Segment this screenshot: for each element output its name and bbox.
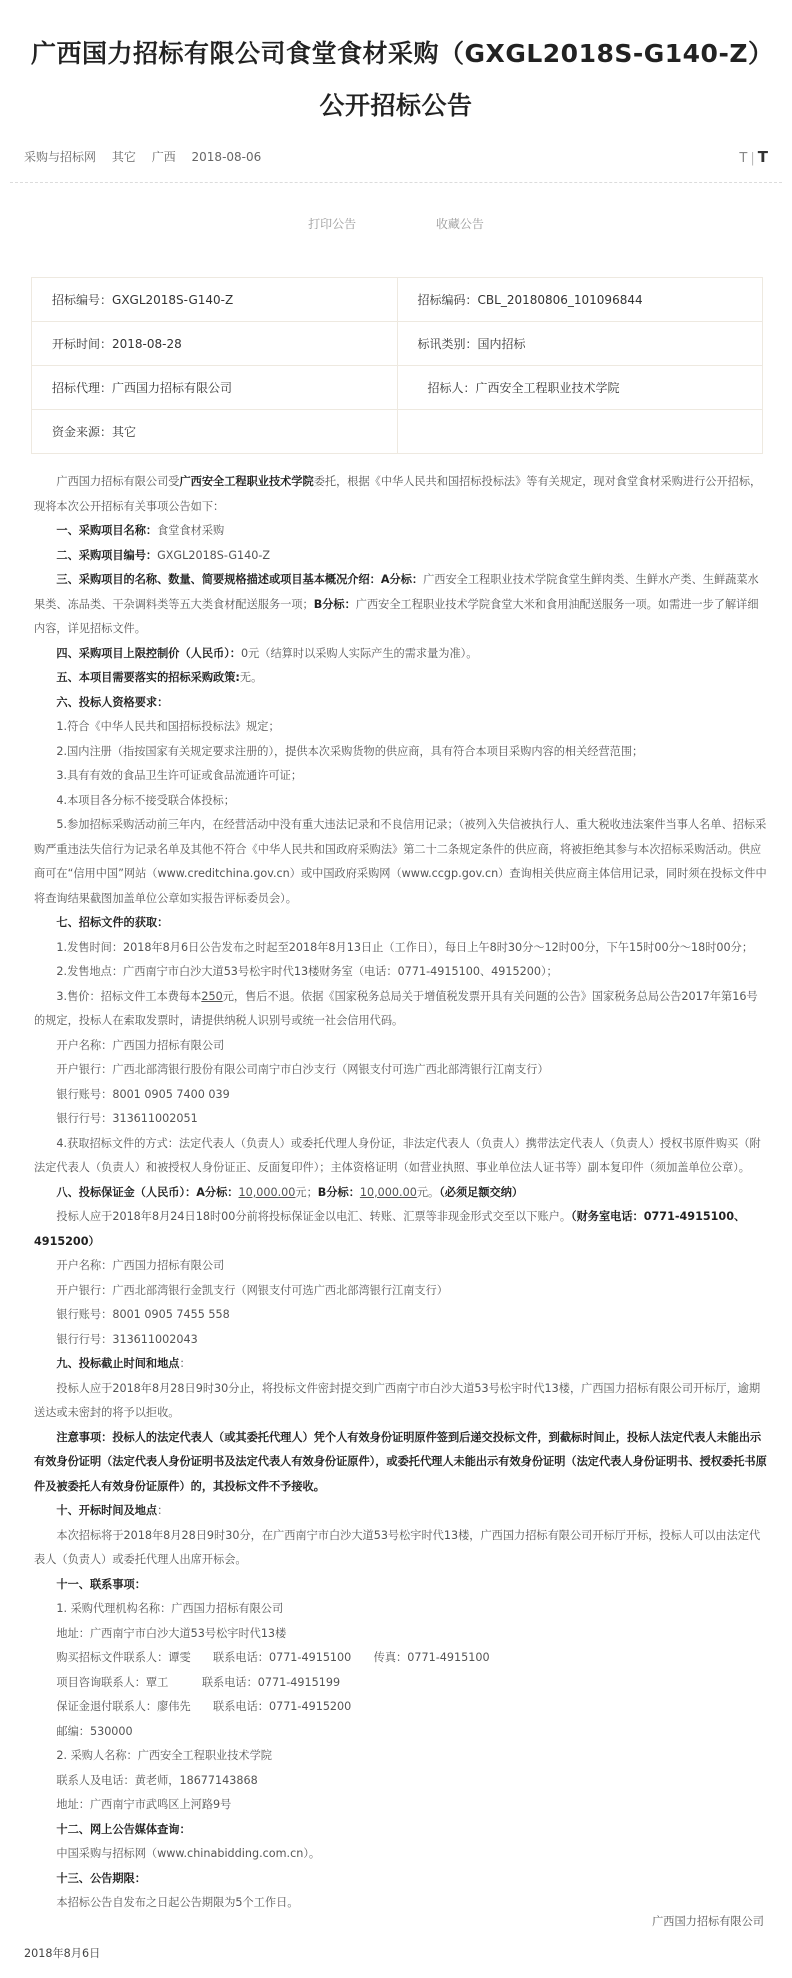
lot-b-label: B分标： <box>318 1186 360 1199</box>
section-13: 十三、公告期限： <box>34 1867 768 1892</box>
lot-b-label: B分标： <box>314 598 356 611</box>
section-value: 食堂食材采购 <box>157 524 224 537</box>
table-row: 招标编号：GXGL2018S-G140-Z 招标编码：CBL_20180806_… <box>32 278 763 322</box>
section-7: 七、招标文件的获取： <box>34 911 768 936</box>
type-cell: 标讯类别：国内招标 <box>397 322 763 366</box>
bid-code-cell: 招标编码：CBL_20180806_101096844 <box>397 278 763 322</box>
account-number: 银行账号：8001 0905 7455 558 <box>34 1303 768 1328</box>
contact-line: 保证金退付联系人：廖伟先 联系电话：0771-4915200 <box>34 1695 768 1720</box>
table-row: 招标代理：广西国力招标有限公司 招标人：广西安全工程职业技术学院 <box>32 366 763 410</box>
intro-tenderee: 广西安全工程职业技术学院 <box>179 475 313 488</box>
bid-code-label: 招标编码： <box>418 293 478 307</box>
section-heading: 十二、网上公告媒体查询： <box>56 1823 190 1836</box>
section-3: 三、采购项目的名称、数量、简要规格描述或项目基本概况介绍：A分标：广西安全工程职… <box>34 568 768 642</box>
fund-value: 其它 <box>112 425 136 439</box>
favorite-button[interactable]: 收藏公告 <box>436 215 484 232</box>
section-heading: 三、采购项目的名称、数量、简要规格描述或项目基本概况介绍： <box>56 573 380 586</box>
list-item: 4.获取招标文件的方式：法定代表人（负责人）或委托代理人身份证，非法定代表人（负… <box>34 1132 768 1181</box>
empty-cell <box>397 410 763 454</box>
lot-a-label: A分标： <box>381 573 423 586</box>
account-bank: 开户银行：广西北部湾银行金凯支行（网银支付可选广西北部湾银行江南支行） <box>34 1279 768 1304</box>
contact-line: 邮编：530000 <box>34 1720 768 1745</box>
type-label: 标讯类别： <box>418 337 478 351</box>
fund-cell: 资金来源：其它 <box>32 410 398 454</box>
list-item: 1.符合《中华人民共和国招标投标法》规定； <box>34 715 768 740</box>
font-size-switcher: T|T <box>739 148 768 166</box>
font-small-button[interactable]: T <box>739 151 747 166</box>
lot-b-deposit: 10,000.00 <box>360 1186 417 1199</box>
font-size-divider: | <box>750 151 754 166</box>
print-button[interactable]: 打印公告 <box>308 215 356 232</box>
agent-label: 招标代理： <box>52 381 112 395</box>
meta-category: 其它 <box>112 150 136 164</box>
section-value: 0元（结算时以采购人实际产生的需求量为准）。 <box>241 647 477 660</box>
section-heading: 四、采购项目上限控制价（人民币）： <box>56 647 241 660</box>
tenderee-value: 广西安全工程职业技术学院 <box>476 381 620 395</box>
agent-cell: 招标代理：广西国力招标有限公司 <box>32 366 398 410</box>
section-8: 八、投标保证金（人民币）：A分标：10,000.00元；B分标：10,000.0… <box>34 1181 768 1206</box>
fund-label: 资金来源： <box>52 425 112 439</box>
list-item: 4.本项目各分标不接受联合体投标； <box>34 789 768 814</box>
article-actions: 打印公告 收藏公告 <box>0 215 792 232</box>
type-value: 国内招标 <box>478 337 526 351</box>
intro-text: 广西国力招标有限公司受 <box>56 475 179 488</box>
media-text: 中国采购与招标网（www.chinabidding.com.cn）。 <box>34 1842 768 1867</box>
account-bank: 开户银行：广西北部湾银行股份有限公司南宁市白沙支行（网银支付可选广西北部湾银行江… <box>34 1058 768 1083</box>
price-prefix: 3.售价：招标文件工本费每本 <box>56 990 201 1003</box>
contact-line: 地址：广西南宁市武鸣区上河路9号 <box>34 1793 768 1818</box>
notice-bold: 注意事项：投标人的法定代表人（或其委托代理人）凭个人有效身份证明原件签到后递交投… <box>34 1431 767 1493</box>
account-number: 银行账号：8001 0905 7400 039 <box>34 1083 768 1108</box>
lot-a-label: A分标： <box>196 1186 238 1199</box>
article-body: 广西国力招标有限公司受广西安全工程职业技术学院委托，根据《中华人民共和国招标投标… <box>34 470 768 1916</box>
section-heading: 五、本项目需要落实的招标采购政策: <box>56 671 239 684</box>
section-1: 一、采购项目名称：食堂食材采购 <box>34 519 768 544</box>
opening-text: 本次招标将于2018年8月28日9时30分，在广西南宁市白沙大道53号松宇时代1… <box>34 1524 768 1573</box>
section-heading: 二、采购项目编号： <box>56 549 157 562</box>
section-5: 五、本项目需要落实的招标采购政策:无。 <box>34 666 768 691</box>
unit: 元； <box>295 1186 317 1199</box>
info-table: 招标编号：GXGL2018S-G140-Z 招标编码：CBL_20180806_… <box>31 277 763 454</box>
period-text: 本招标公告自发布之日起公告期限为5个工作日。 <box>34 1891 768 1916</box>
section-12: 十二、网上公告媒体查询： <box>34 1818 768 1843</box>
deposit-note: （必须足额交纳） <box>439 1186 523 1199</box>
section-heading: 六、投标人资格要求： <box>56 696 168 709</box>
meta-date: 2018-08-06 <box>192 150 262 164</box>
list-item: 2.国内注册（指按国家有关规定要求注册的），提供本次采购货物的供应商，具有符合本… <box>34 740 768 765</box>
bid-code-value: CBL_20180806_101096844 <box>478 293 643 307</box>
table-row: 开标时间：2018-08-28 标讯类别：国内招标 <box>32 322 763 366</box>
section-heading: 十三、公告期限： <box>56 1872 146 1885</box>
lot-a-deposit: 10,000.00 <box>238 1186 295 1199</box>
list-item: 2.发售地点：广西南宁市白沙大道53号松宇时代13楼财务室（电话：0771-49… <box>34 960 768 985</box>
divider <box>10 182 782 183</box>
sign-date: 2018年8月6日 <box>24 1945 100 1961</box>
meta-region: 广西 <box>152 150 176 164</box>
section-heading: 十、开标时间及地点 <box>56 1504 157 1517</box>
colon: ： <box>157 1504 168 1517</box>
open-time-value: 2018-08-28 <box>112 337 182 351</box>
colon: ： <box>179 1357 190 1370</box>
section-10: 十、开标时间及地点： <box>34 1499 768 1524</box>
section-11: 十一、联系事项： <box>34 1573 768 1598</box>
signature: 广西国力招标有限公司 <box>652 1913 764 1929</box>
document-price: 250 <box>201 990 222 1003</box>
account-name: 开户名称：广西国力招标有限公司 <box>34 1034 768 1059</box>
section-heading: 一、采购项目名称： <box>56 524 157 537</box>
agent-value: 广西国力招标有限公司 <box>112 381 232 395</box>
contact-line: 联系人及电话：黄老师，18677143868 <box>34 1769 768 1794</box>
open-time-cell: 开标时间：2018-08-28 <box>32 322 398 366</box>
section-4: 四、采购项目上限控制价（人民币）：0元（结算时以采购人实际产生的需求量为准）。 <box>34 642 768 667</box>
section-2: 二、采购项目编号：GXGL2018S-G140-Z <box>34 544 768 569</box>
section-heading: 九、投标截止时间和地点 <box>56 1357 179 1370</box>
section-value: 无。 <box>240 671 262 684</box>
article-meta: 采购与招标网 其它 广西 2018-08-06 T|T <box>24 148 768 168</box>
section-heading: 八、投标保证金（人民币）： <box>56 1186 196 1199</box>
contact-line: 1. 采购代理机构名称：广西国力招标有限公司 <box>34 1597 768 1622</box>
table-row: 资金来源：其它 <box>32 410 763 454</box>
deposit-instructions: 投标人应于2018年8月24日18时00分前将投标保证金以电汇、转账、汇票等非现… <box>56 1210 571 1223</box>
section-heading: 七、招标文件的获取： <box>56 916 168 929</box>
deadline-text: 投标人应于2018年8月28日9时30分止，将投标文件密封提交到广西南宁市白沙大… <box>34 1377 768 1426</box>
meta-source[interactable]: 采购与招标网 <box>24 150 96 164</box>
account-name: 开户名称：广西国力招标有限公司 <box>34 1254 768 1279</box>
section-value: GXGL2018S-G140-Z <box>157 549 270 562</box>
list-item: 3.售价：招标文件工本费每本250元，售后不退。依据《国家税务总局关于增值税发票… <box>34 985 768 1034</box>
bank-code: 银行行号：313611002043 <box>34 1328 768 1353</box>
list-item: 1.发售时间：2018年8月6日公告发布之时起至2018年8月13日止（工作日）… <box>34 936 768 961</box>
deposit-text: 投标人应于2018年8月24日18时00分前将投标保证金以电汇、转账、汇票等非现… <box>34 1205 768 1254</box>
contact-line: 项目咨询联系人：覃工 联系电话：0771-4915199 <box>34 1671 768 1696</box>
unit: 元。 <box>417 1186 439 1199</box>
contact-line: 购买招标文件联系人：谭雯 联系电话：0771-4915100 传真：0771-4… <box>34 1646 768 1671</box>
list-item: 3.具有有效的食品卫生许可证或食品流通许可证； <box>34 764 768 789</box>
tenderee-cell: 招标人：广西安全工程职业技术学院 <box>397 366 763 410</box>
section-6: 六、投标人资格要求： <box>34 691 768 716</box>
intro-paragraph: 广西国力招标有限公司受广西安全工程职业技术学院委托，根据《中华人民共和国招标投标… <box>34 470 768 519</box>
bid-number-cell: 招标编号：GXGL2018S-G140-Z <box>32 278 398 322</box>
bid-number-label: 招标编号： <box>52 293 112 307</box>
contact-line: 2. 采购人名称：广西安全工程职业技术学院 <box>34 1744 768 1769</box>
page-title: 广西国力招标有限公司食堂食材采购（GXGL2018S-G140-Z）公开招标公告 <box>30 28 762 132</box>
contact-line: 地址：广西南宁市白沙大道53号松宇时代13楼 <box>34 1622 768 1647</box>
notice-text: 注意事项：投标人的法定代表人（或其委托代理人）凭个人有效身份证明原件签到后递交投… <box>34 1426 768 1500</box>
tenderee-label: 招标人： <box>428 381 476 395</box>
list-item: 5.参加招标采购活动前三年内，在经营活动中没有重大违法记录和不良信用记录；（被列… <box>34 813 768 911</box>
section-heading: 十一、联系事项： <box>56 1578 146 1591</box>
open-time-label: 开标时间： <box>52 337 112 351</box>
section-9: 九、投标截止时间和地点： <box>34 1352 768 1377</box>
bank-code: 银行行号：313611002051 <box>34 1107 768 1132</box>
font-large-button[interactable]: T <box>758 148 768 166</box>
bid-number-value: GXGL2018S-G140-Z <box>112 293 233 307</box>
